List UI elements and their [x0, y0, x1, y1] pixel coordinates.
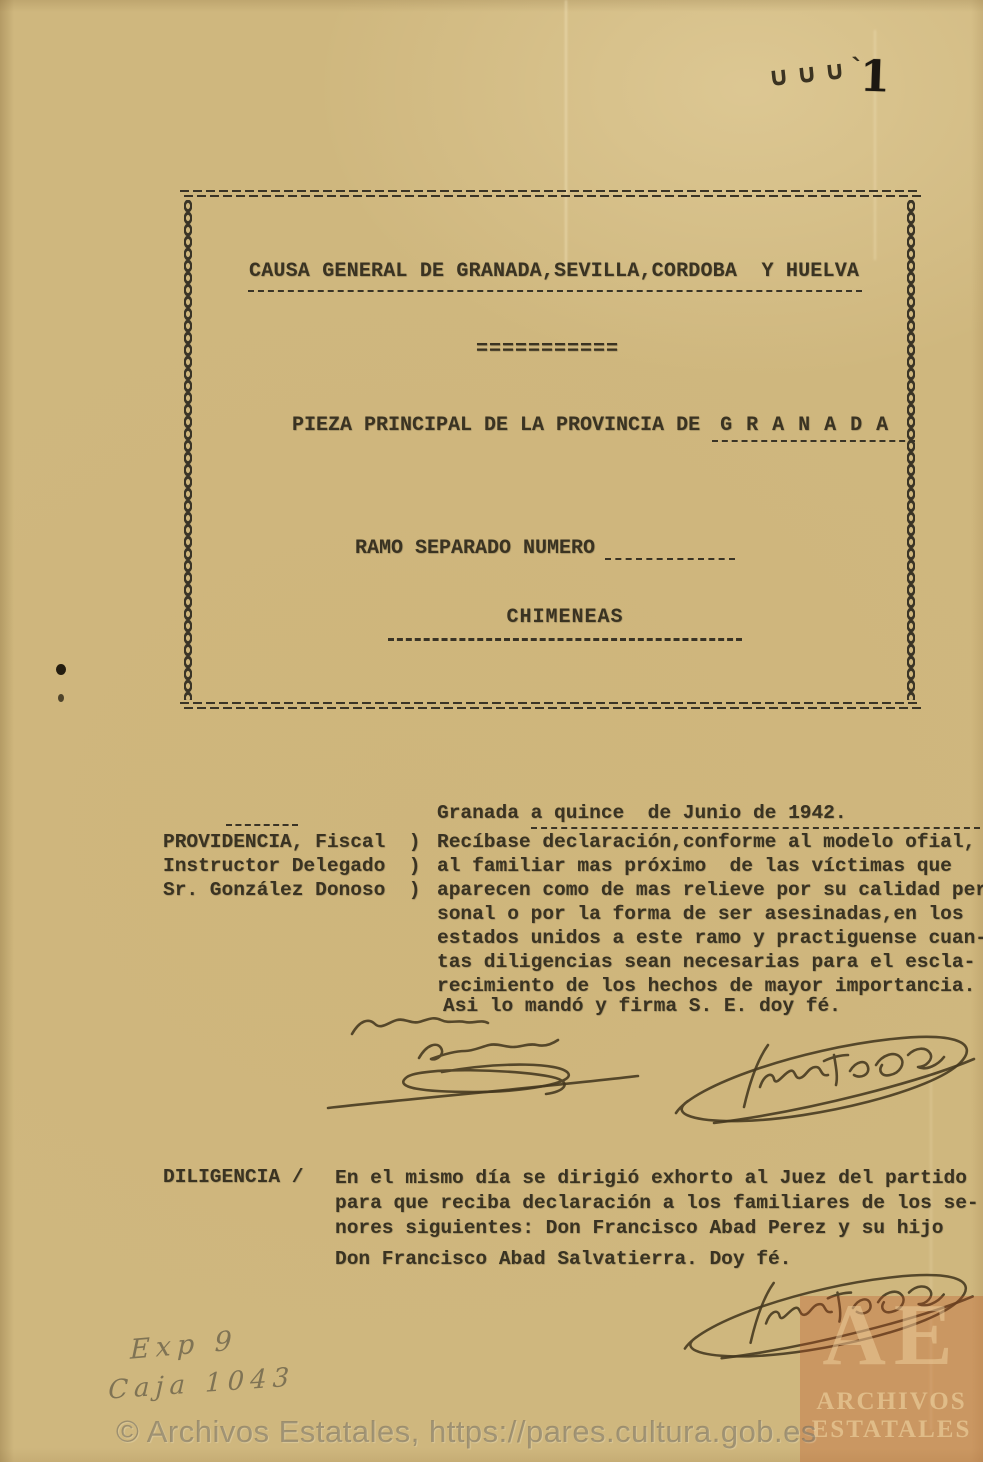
providencia-margin: PROVIDENCIA, Fiscal ) Instructor Delegad…	[163, 830, 420, 902]
punch-hole	[56, 664, 66, 675]
separator-line: ===========	[476, 338, 619, 361]
margin-overline-mark	[226, 824, 298, 826]
providencia-body-line: Recíbase declaración,conforme al modelo …	[437, 830, 983, 854]
providencia-body-line: estados unidos a este ramo y practiguens…	[437, 926, 983, 950]
providencia-margin-line: Sr. González Donoso )	[163, 878, 420, 902]
archive-logo: AE ARCHIVOS ESTATALES	[800, 1296, 983, 1462]
providencia-margin-line: Instructor Delegado )	[163, 854, 420, 878]
cover-box-border-bottom	[180, 702, 921, 710]
document-title-text: CAUSA GENERAL DE GRANADA,SEVILLA,CORDOBA…	[248, 260, 862, 292]
cover-box-border-top	[180, 190, 921, 198]
folio-handwritten-marks: ∪∪∪ˋ	[767, 53, 874, 94]
archive-logo-name-line2: ESTATALES	[800, 1416, 983, 1444]
folio-number: 1	[859, 51, 891, 102]
diligencia-body-line: En el mismo día se dirigió exhorto al Ju…	[335, 1166, 979, 1191]
cover-box-border-left	[184, 200, 192, 700]
diligencia-body-line: para que reciba declaración a los famili…	[335, 1191, 979, 1216]
providencia-body: Recíbase declaración,conforme al modelo …	[437, 830, 983, 998]
ramo-line: RAMO SEPARADO NUMERO	[355, 537, 735, 560]
pieza-province-value: G R A N A D A	[712, 414, 915, 442]
archive-logo-name-line1: ARCHIVOS	[800, 1388, 983, 1416]
town-name: CHIMENEAS	[388, 606, 742, 641]
pencil-note-caja: Caja 1043	[108, 1362, 296, 1405]
diligencia-body-line: Don Francisco Abad Salvatierra. Doy fé.	[335, 1247, 979, 1272]
diligencia-body-line: nores siguientes: Don Francisco Abad Per…	[335, 1216, 979, 1241]
providencia-body-line: al familiar mas próximo de las víctimas …	[437, 854, 983, 878]
date-line: Granada a quince de Junio de 1942.	[437, 802, 980, 829]
cover-box: CAUSA GENERAL DE GRANADA,SEVILLA,CORDOBA…	[180, 190, 921, 710]
pieza-label: PIEZA PRINCIPAL DE LA PROVINCIA DE	[292, 414, 700, 437]
date-text: a quince de Junio de 1942.	[531, 802, 980, 829]
date-place: Granada	[437, 802, 531, 829]
providencia-body-line: sonal o por la forma de ser asesinadas,e…	[437, 902, 983, 926]
diligencia-label: DILIGENCIA /	[163, 1166, 303, 1188]
signature-mamerto-cerezo	[658, 1013, 980, 1130]
providencia-body-line: aparecen como de mas relieve por su cali…	[437, 878, 983, 902]
punch-hole	[58, 694, 64, 702]
pieza-line: PIEZA PRINCIPAL DE LA PROVINCIA DEG R A …	[292, 414, 915, 442]
pencil-note-exp: Exp 9	[130, 1325, 238, 1366]
signature-rubric-left	[322, 1006, 644, 1118]
diligencia-body: En el mismo día se dirigió exhorto al Ju…	[335, 1166, 979, 1272]
scan-page: { "colors": { "paper": "#cfb77e", "ink":…	[0, 0, 983, 1462]
cover-box-border-right	[907, 200, 915, 700]
archive-logo-initials: AE	[800, 1292, 983, 1380]
document-title: CAUSA GENERAL DE GRANADA,SEVILLA,CORDOBA…	[248, 260, 862, 292]
copyright-watermark: © Archivos Estatales, https://pares.cult…	[116, 1414, 817, 1450]
providencia-margin-line: PROVIDENCIA, Fiscal )	[163, 830, 420, 854]
ramo-number-blank	[605, 538, 735, 560]
providencia-body-line: tas diligencias sean necesarias para el …	[437, 950, 983, 974]
ramo-label: RAMO SEPARADO NUMERO	[355, 537, 595, 560]
